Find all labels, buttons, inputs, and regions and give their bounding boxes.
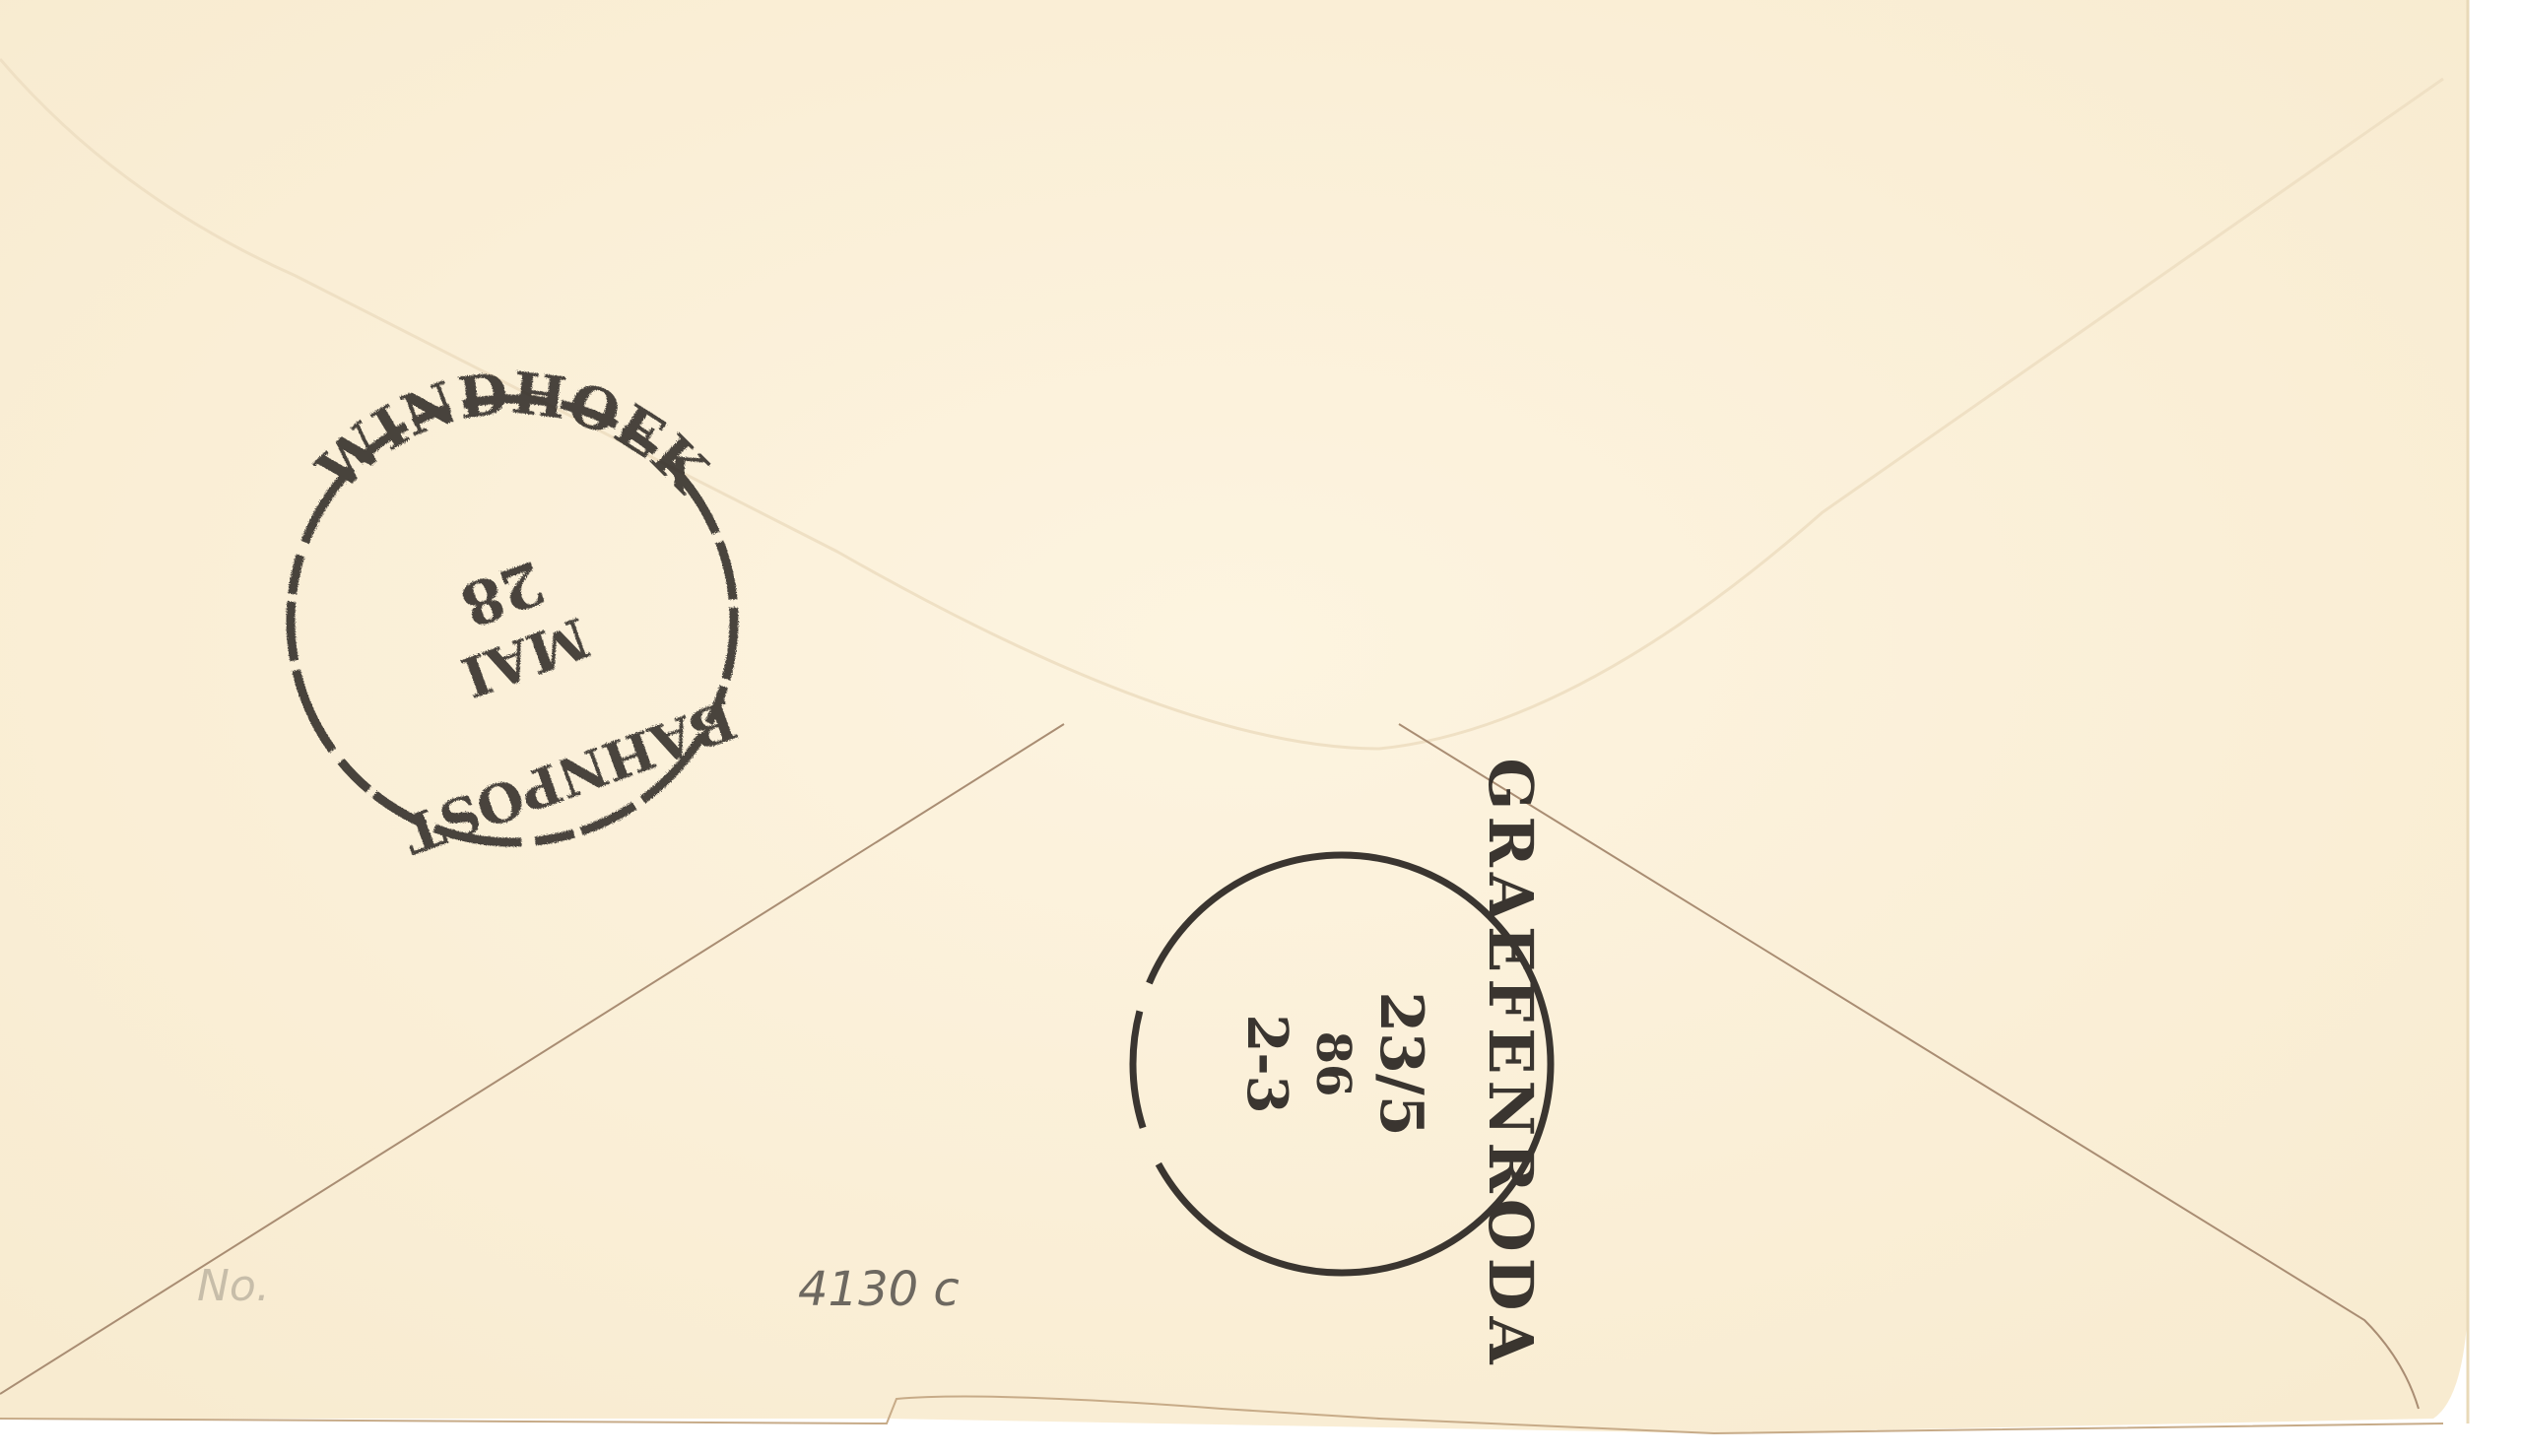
envelope-back: WINDHOEK BAHNPOST MAI 28 GRAEFENRODA 23/… [0, 0, 2522, 1456]
right-postmark-time: 2-3 [1234, 1014, 1299, 1113]
pencil-note: 4130 c [798, 1262, 960, 1317]
right-postmark-year: 86 [1305, 1031, 1361, 1097]
faint-note: No. [197, 1261, 270, 1311]
envelope-paper [0, 0, 2468, 1433]
right-postmark-town: GRAEFENRODA [1475, 758, 1547, 1369]
right-postmark-date: 23/5 [1366, 991, 1435, 1136]
